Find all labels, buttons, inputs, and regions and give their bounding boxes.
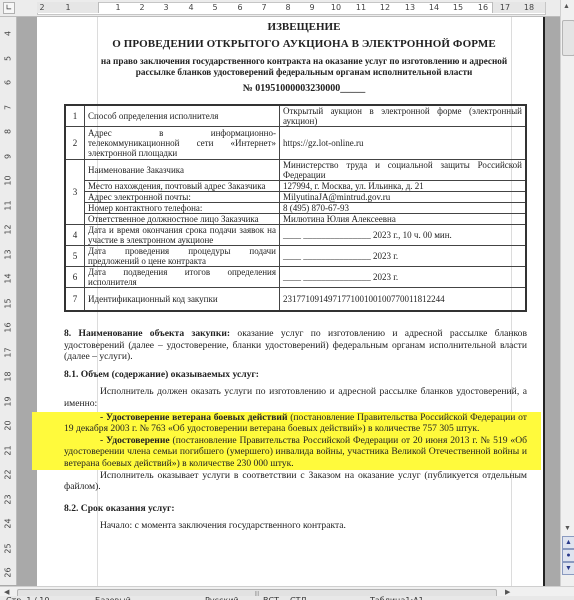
vertical-scrollbar[interactable]: ▲ ▼ ▲ ● ▼ <box>560 0 574 586</box>
ruler-tick: 18 <box>524 2 534 13</box>
row-label: Наименование Заказчика <box>85 160 280 181</box>
ruler-tick: 12 <box>380 2 390 13</box>
tab-stop-icon[interactable]: ∟ <box>3 2 15 14</box>
ruler-tick: 1 <box>115 2 120 13</box>
ruler-tick: 10 <box>331 2 341 13</box>
row-value: Открытый аукцион в электронной форме (эл… <box>280 105 527 127</box>
ruler-tick: 22 <box>4 469 13 481</box>
status-style[interactable]: Базовый <box>95 596 131 600</box>
ruler-tick: 16 <box>478 2 488 13</box>
ruler-track <box>37 2 546 15</box>
status-page[interactable]: Стр. 1 / 10 <box>6 596 49 600</box>
row-label: Адрес электронной почты: <box>85 192 280 203</box>
document-page[interactable]: ИЗВЕЩЕНИЕ О ПРОВЕДЕНИИ ОТКРЫТОГО АУКЦИОН… <box>37 17 545 586</box>
row-number: 3 <box>65 160 85 225</box>
table-row: 6Дата подведения итогов определения испо… <box>65 267 526 288</box>
status-selection-mode[interactable]: СТД <box>290 596 307 600</box>
vertical-scroll-thumb[interactable] <box>562 20 574 56</box>
section-8-1-intro: Исполнитель должен оказать услуги по изг… <box>64 386 527 409</box>
ruler-tick: 13 <box>405 2 415 13</box>
status-insert-mode[interactable]: ВСТ <box>263 596 279 600</box>
scroll-right-icon[interactable]: ▶ <box>505 588 510 596</box>
item-2-bold: - Удостоверение <box>100 435 170 446</box>
ruler-tick: 11 <box>356 2 366 13</box>
doc-title: ИЗВЕЩЕНИЕ <box>97 21 511 33</box>
table-row: 3Наименование ЗаказчикаМинистерство труд… <box>65 160 526 181</box>
ruler-tick: 19 <box>4 395 13 407</box>
row-label: Адрес в информационно-телекоммуникационн… <box>85 127 280 160</box>
ruler-tick: 24 <box>4 518 13 530</box>
row-label: Ответственное должностное лицо Заказчика <box>85 214 280 225</box>
row-value: 8 (495) 870-67-93 <box>280 203 527 214</box>
doc-number: № 01951000003230000_____ <box>97 83 511 94</box>
section-8-1-outro: Исполнитель оказывает услуги в соответст… <box>64 470 527 493</box>
status-table-cell: Таблица1:А1 <box>370 596 424 600</box>
navigator-icon[interactable]: ● <box>562 549 574 562</box>
table-row: 1Способ определения исполнителяОткрытый … <box>65 105 526 127</box>
row-value: https://gz.lot-online.ru <box>280 127 527 160</box>
item-1: - Удостоверение ветерана боевых действий… <box>64 412 527 435</box>
document-body[interactable]: ИЗВЕЩЕНИЕ О ПРОВЕДЕНИИ ОТКРЫТОГО АУКЦИОН… <box>97 17 511 532</box>
ruler-tick: 3 <box>163 2 168 13</box>
ruler-tick: 14 <box>4 273 13 285</box>
ruler-tick: 7 <box>261 2 266 13</box>
scroll-down-icon[interactable]: ▼ <box>564 524 571 532</box>
row-number: 7 <box>65 288 85 312</box>
ruler-tick: 16 <box>4 322 13 334</box>
row-value: MilyutinaJA@mintrud.gov.ru <box>280 192 527 203</box>
status-language[interactable]: Русский <box>205 596 239 600</box>
ruler-tick: 6 <box>237 2 242 13</box>
row-label: Дата проведения процедуры подачи предлож… <box>85 246 280 267</box>
item-2: - Удостоверение (постановление Правитель… <box>64 435 527 470</box>
ruler-tick: 8 <box>285 2 290 13</box>
table-row: Адрес электронной почты:MilyutinaJA@mint… <box>65 192 526 203</box>
ruler-tick: 5 <box>212 2 217 13</box>
ruler-tick: 1 <box>65 2 70 13</box>
ruler-tick: 21 <box>4 444 13 456</box>
table-row: 7Идентификационный код закупки2317710914… <box>65 288 526 312</box>
ruler-tick: 17 <box>500 2 510 13</box>
ruler-tick: 13 <box>4 248 13 260</box>
ruler-tick: 4 <box>4 28 13 40</box>
row-label: Дата подведения итогов определения испол… <box>85 267 280 288</box>
table-row: 4Дата и время окончания срока подачи зая… <box>65 225 526 246</box>
ruler-tick: 17 <box>4 346 13 358</box>
table-row: Место нахождения, почтовый адрес Заказчи… <box>65 181 526 192</box>
ruler-tick: 11 <box>4 199 13 211</box>
table-row: 5Дата проведения процедуры подачи предло… <box>65 246 526 267</box>
row-number: 4 <box>65 225 85 246</box>
row-label: Место нахождения, почтовый адрес Заказчи… <box>85 181 280 192</box>
row-label: Идентификационный код закупки <box>85 288 280 312</box>
ruler-tick: 15 <box>4 297 13 309</box>
previous-page-icon[interactable]: ▲ <box>562 536 574 549</box>
row-value: 231771091497177100100100770011812244 <box>280 288 527 312</box>
notice-table: 1Способ определения исполнителяОткрытый … <box>64 104 527 312</box>
ruler-tick: 2 <box>139 2 144 13</box>
ruler-tick: 18 <box>4 371 13 383</box>
row-number: 5 <box>65 246 85 267</box>
next-page-icon[interactable]: ▼ <box>562 562 574 575</box>
row-label: Способ определения исполнителя <box>85 105 280 127</box>
highlighted-items: - Удостоверение ветерана боевых действий… <box>32 412 541 470</box>
row-value: ____ _______________ 2023 г. <box>280 267 527 288</box>
ruler-tick: 7 <box>4 101 13 113</box>
vertical-ruler[interactable]: 4567891011121314151617181920212223242526 <box>0 17 17 585</box>
section-8: 8. Наименование объекта закупки: оказани… <box>64 328 527 363</box>
row-label: Номер контактного телефона: <box>85 203 280 214</box>
ruler-tick: 20 <box>4 420 13 432</box>
item-1-bold: - Удостоверение ветерана боевых действий <box>100 412 287 423</box>
ruler-tick: 10 <box>4 175 13 187</box>
ruler-tick: 9 <box>4 150 13 162</box>
doc-purpose: на право заключения государственного кон… <box>97 56 511 78</box>
row-number: 1 <box>65 105 85 127</box>
scroll-left-icon[interactable]: ◀ <box>4 588 9 596</box>
section-8-2-title: 8.2. Срок оказания услуг: <box>64 503 527 515</box>
table-row: Ответственное должностное лицо Заказчика… <box>65 214 526 225</box>
ruler-tick: 9 <box>309 2 314 13</box>
ruler-tick: 14 <box>429 2 439 13</box>
ruler-tick: 25 <box>4 542 13 554</box>
ruler-tick: 15 <box>453 2 463 13</box>
ruler-tick: 23 <box>4 493 13 505</box>
table-row: 2Адрес в информационно-телекоммуникацион… <box>65 127 526 160</box>
ruler-tick: 5 <box>4 52 13 64</box>
section-8-2-text: Начало: с момента заключения государстве… <box>64 520 527 532</box>
ruler-tick: 4 <box>188 2 193 13</box>
ruler-tick: 2 <box>39 2 44 13</box>
ruler-tick: 12 <box>4 224 13 236</box>
ruler-tick: 8 <box>4 126 13 138</box>
row-value: 127994, г. Москва, ул. Ильинка, д. 21 <box>280 181 527 192</box>
doc-subtitle: О ПРОВЕДЕНИИ ОТКРЫТОГО АУКЦИОНА В ЭЛЕКТР… <box>97 38 511 50</box>
row-number: 6 <box>65 267 85 288</box>
row-label: Дата и время окончания срока подачи заяв… <box>85 225 280 246</box>
row-value: Милютина Юлия Алексеевна <box>280 214 527 225</box>
row-number: 2 <box>65 127 85 160</box>
section-8-1-title: 8.1. Объем (содержание) оказываемых услу… <box>64 369 527 381</box>
row-value: Министерство труда и социальной защиты Р… <box>280 160 527 181</box>
table-row: Номер контактного телефона:8 (495) 870-6… <box>65 203 526 214</box>
ruler-tick: 26 <box>4 567 13 579</box>
section-8-title: 8. Наименование объекта закупки: <box>64 328 230 339</box>
row-value: ____ _______________ 2023 г. <box>280 246 527 267</box>
horizontal-ruler[interactable]: ∟ 21123456789101112131415161718 <box>0 0 560 17</box>
status-bar: Стр. 1 / 10 Базовый Русский ВСТ СТД Табл… <box>0 596 574 600</box>
row-value: ____ _______________ 2023 г., 10 ч. 00 м… <box>280 225 527 246</box>
ruler-tick: 6 <box>4 77 13 89</box>
scroll-up-icon[interactable]: ▲ <box>563 2 570 10</box>
